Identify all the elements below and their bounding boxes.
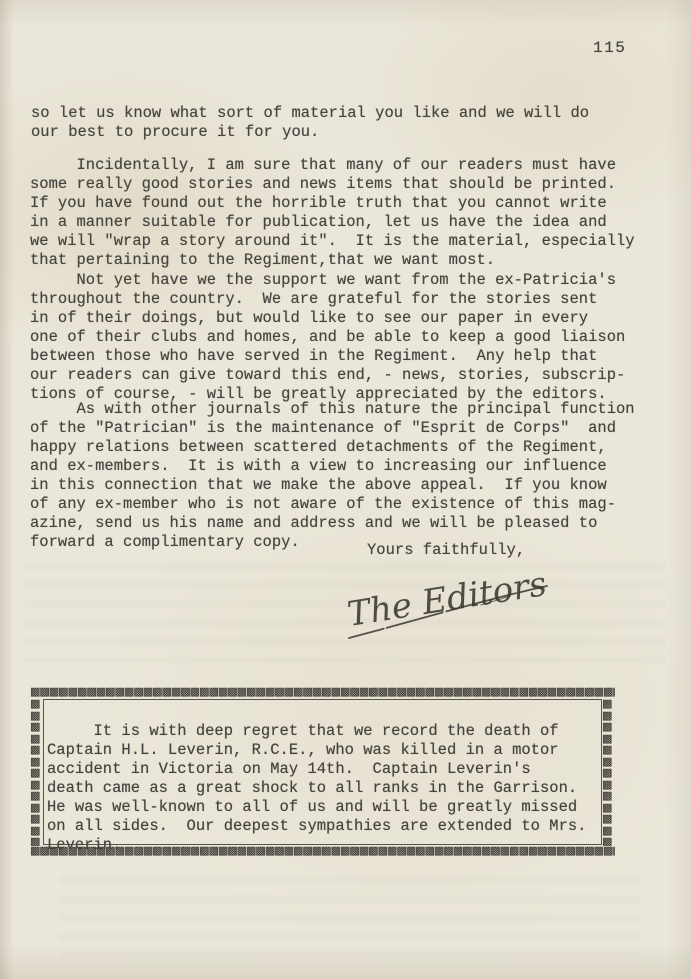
letter-paragraph-3: Not yet have we the support we want from… bbox=[30, 271, 625, 404]
ornamental-border-top: ▩▩▩▩▩▩▩▩▩▩▩▩▩▩▩▩▩▩▩▩▩▩▩▩▩▩▩▩▩▩▩▩▩▩▩▩▩▩▩▩… bbox=[30, 686, 615, 699]
page-number: 115 bbox=[593, 39, 626, 58]
letter-paragraph-4: As with other journals of this nature th… bbox=[30, 400, 635, 552]
handwritten-signature: The Editors bbox=[333, 556, 568, 648]
death-notice-box: ▩▩▩▩▩▩▩▩▩▩▩▩▩▩▩▩▩▩▩▩▩▩▩▩▩▩▩▩▩▩▩▩▩▩▩▩▩▩▩▩… bbox=[30, 686, 615, 858]
bleedthrough-smudge-lower bbox=[60, 876, 640, 958]
signature-text: The Editors bbox=[345, 564, 550, 635]
ornamental-border-right: ▩▩▩▩▩▩▩▩▩▩▩▩▩▩▩▩▩▩▩▩ bbox=[602, 698, 615, 846]
letter-paragraph-1: so let us know what sort of material you… bbox=[31, 104, 589, 142]
scanned-letter-page: 115 so let us know what sort of material… bbox=[0, 0, 691, 979]
ornamental-border-left: ▩▩▩▩▩▩▩▩▩▩▩▩▩▩▩▩▩▩▩▩ bbox=[30, 698, 43, 846]
letter-paragraph-2: Incidentally, I am sure that many of our… bbox=[30, 156, 635, 270]
death-notice-text: It is with deep regret that we record th… bbox=[47, 722, 587, 855]
signature-editors-icon: The Editors bbox=[333, 556, 568, 648]
